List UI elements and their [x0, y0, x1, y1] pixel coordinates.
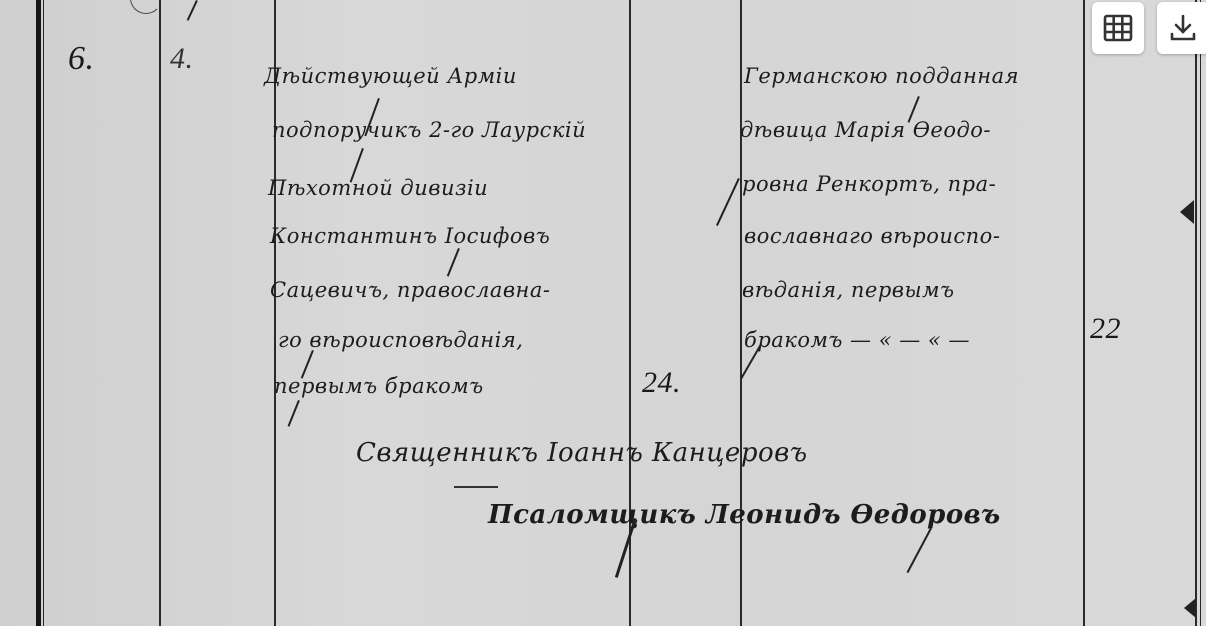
column-rule-right-2 [1200, 0, 1201, 626]
record-row-number: 6. [68, 42, 95, 76]
column-rule-4 [740, 0, 742, 626]
column-rule-left-thick [36, 0, 41, 626]
previous-entry-stroke [187, 0, 198, 21]
bride-line-3: ровна Ренкортъ, пра- [742, 174, 996, 195]
column-rule-left-thin [43, 0, 44, 626]
grid-view-button[interactable] [1092, 2, 1144, 54]
ink-descender [288, 400, 300, 427]
bride-line-2: дѣвица Марія Ѳеодо- [740, 120, 991, 141]
bride-line-6: бракомъ — « — « — [744, 330, 970, 351]
groom-line-2: подпоручикъ 2-го Лаурскій [272, 120, 586, 141]
grid-icon [1103, 13, 1133, 43]
groom-line-6: го вѣроисповѣданія, [278, 330, 523, 351]
column-rule-5 [1083, 0, 1085, 626]
groom-line-1: Дѣйствующей Арміи [264, 66, 517, 87]
groom-line-5: Сацевичъ, православна- [270, 280, 551, 301]
ink-descender [716, 178, 740, 226]
bride-age: 22 [1090, 314, 1121, 344]
psalmist-signature: Псаломщикъ Леонидъ Ѳедоровъ [488, 502, 1001, 528]
bride-line-5: вѣданія, первымъ [742, 280, 955, 301]
groom-line-4: Константинъ Іосифовъ [270, 226, 550, 247]
groom-line-3: Пѣхотной дивизіи [268, 178, 488, 199]
previous-entry-flourish [130, 0, 162, 14]
column-rule-2 [274, 0, 276, 626]
column-rule-right-1 [1195, 0, 1197, 626]
groom-age: 24. [642, 368, 681, 398]
ink-blot [1184, 598, 1196, 618]
groom-line-7: первымъ бракомъ [274, 376, 484, 397]
bride-line-1: Германскою подданная [744, 66, 1019, 87]
ink-descender [447, 248, 460, 277]
scanned-document-page: 6. 4. Дѣйствующей Арміи подпоручикъ 2-го… [0, 0, 1206, 626]
ink-blot [1180, 200, 1194, 224]
ink-descender [907, 528, 932, 573]
record-column2-number: 4. [170, 44, 194, 74]
priest-signature: Священникъ Іоаннъ Канцеровъ [356, 440, 808, 466]
signature-underline [454, 486, 498, 488]
column-rule-1 [159, 0, 161, 626]
download-icon [1168, 13, 1198, 43]
bride-line-4: вославнаго вѣроиспо- [744, 226, 1000, 247]
download-button[interactable] [1157, 2, 1206, 54]
